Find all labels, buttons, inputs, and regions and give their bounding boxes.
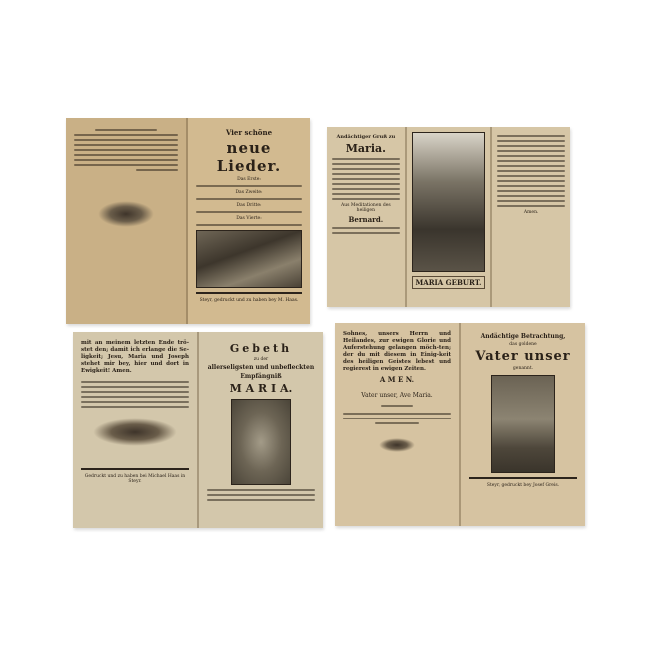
text-line — [207, 494, 315, 496]
text-line — [332, 163, 400, 165]
text-line — [81, 381, 189, 383]
text-line — [74, 164, 178, 166]
text-line — [74, 144, 178, 146]
booklet-left-page — [66, 118, 186, 324]
song-heading: Das Erste: — [196, 177, 302, 182]
booklet-right-page: Gebeth zu der allerseligsten und unbefle… — [199, 332, 323, 528]
text-line — [497, 140, 565, 142]
imprint: Steyr, gedruckt und zu haben bey M. Haas… — [196, 298, 302, 303]
text-line — [81, 396, 189, 398]
text-line — [207, 499, 315, 501]
text-line — [196, 211, 302, 213]
closing-line: Vater unser, Ave Maria. — [343, 392, 451, 399]
text-line — [81, 386, 189, 388]
text-line — [95, 129, 157, 131]
text-line — [497, 195, 565, 197]
title-small: Andächtiger Gruß zu — [332, 134, 400, 140]
title-large: neue Lieder. — [196, 139, 302, 175]
booklet-center-plate: MARIA GEBURT. — [407, 127, 491, 307]
text-line — [81, 406, 189, 408]
song-heading: Das Zweite: — [196, 190, 302, 195]
winged-cherub-ornament-icon — [93, 418, 177, 446]
text-line — [74, 154, 178, 156]
text-line — [497, 180, 565, 182]
divider — [196, 292, 302, 294]
title-small: Vier schöne — [196, 128, 302, 137]
closing: Amen. — [497, 210, 565, 215]
text-line — [136, 169, 178, 171]
immaculate-conception-engraving-image — [231, 399, 291, 485]
booklet-gebeth-maria: mit an meinem letzten Ende trö-stet den;… — [73, 332, 323, 528]
text-line — [497, 185, 565, 187]
title-large: Gebeth — [207, 342, 315, 355]
text-line — [332, 193, 400, 195]
title-line: Empfängniß — [207, 373, 315, 380]
text-line — [332, 158, 400, 160]
title-line: genannt. — [469, 366, 577, 371]
text-line — [332, 178, 400, 180]
song-heading: Das Dritte: — [196, 203, 302, 208]
floral-ornament-icon — [98, 201, 154, 227]
text-line — [196, 224, 302, 226]
divider — [381, 405, 413, 407]
text-line — [81, 401, 189, 403]
prayer-text: mit an meinem letzten Ende trö-stet den;… — [81, 340, 189, 375]
title-small: Andächtige Betrachtung, — [469, 333, 577, 340]
title-line: das goldene — [469, 342, 577, 347]
text-line — [332, 232, 400, 234]
text-line — [74, 149, 178, 151]
text-line — [74, 134, 178, 136]
booklet-left-page: Andächtiger Gruß zu Maria. Aus Meditatio… — [327, 127, 405, 307]
text-line — [332, 183, 400, 185]
text-line — [375, 422, 418, 424]
plate-caption: MARIA GEBURT. — [412, 276, 486, 289]
booklet-right-page: Amen. — [492, 127, 570, 307]
prayer-text: Sohnes, unsers Herrn und Heilandes, zur … — [343, 331, 451, 373]
text-line — [343, 413, 451, 415]
text-line — [497, 135, 565, 137]
text-line — [207, 489, 315, 491]
text-line — [343, 418, 451, 420]
title-line: allerseligsten und unbefleckten — [207, 364, 315, 371]
divider — [81, 468, 189, 470]
text-line — [497, 165, 565, 167]
nativity-of-mary-engraving-image — [412, 132, 486, 272]
booklet-vater-unser: Sohnes, unsers Herrn und Heilandes, zur … — [335, 323, 585, 526]
text-line — [497, 190, 565, 192]
imprint: Steyr, gedruckt bey Josef Greis. — [469, 483, 577, 488]
text-line — [332, 168, 400, 170]
cloud-ornament-icon — [379, 438, 415, 452]
subheading: Aus Meditationen des heiligen — [332, 203, 400, 213]
imprint: Gedruckt und zu haben bei Michael Haas i… — [81, 474, 189, 484]
booklet-right-page: Andächtige Betrachtung, das goldene Vate… — [461, 323, 585, 526]
text-line — [497, 155, 565, 157]
title-name: M A R I A. — [207, 382, 315, 395]
text-line — [497, 145, 565, 147]
booklet-left-page: mit an meinem letzten Ende trö-stet den;… — [73, 332, 197, 528]
text-line — [74, 139, 178, 141]
subheading-name: Bernard. — [332, 215, 400, 224]
booklet-right-page: Vier schöne neue Lieder. Das Erste: Das … — [188, 118, 310, 324]
text-line — [74, 159, 178, 161]
text-line — [332, 198, 400, 200]
text-line — [196, 198, 302, 200]
amen: A M E N. — [343, 375, 451, 384]
text-line — [497, 205, 565, 207]
text-line — [196, 185, 302, 187]
text-line — [497, 160, 565, 162]
text-line — [332, 188, 400, 190]
christ-in-tomb-engraving-image — [491, 375, 555, 473]
title-large: Maria. — [332, 142, 400, 155]
text-line — [81, 391, 189, 393]
title-line: zu der — [207, 357, 315, 362]
text-line — [497, 200, 565, 202]
text-line — [332, 173, 400, 175]
title-large: Vater unser — [469, 349, 577, 364]
text-line — [497, 170, 565, 172]
song-heading: Das Vierte: — [196, 216, 302, 221]
text-line — [497, 175, 565, 177]
text-line — [497, 150, 565, 152]
text-line — [332, 227, 400, 229]
booklet-vier-schoene-neue-lieder: Vier schöne neue Lieder. Das Erste: Das … — [66, 118, 310, 324]
booklet-maria-geburt: Andächtiger Gruß zu Maria. Aus Meditatio… — [327, 127, 570, 307]
divider — [469, 477, 577, 479]
woodcut-tree-landscape-image — [196, 230, 302, 288]
booklet-left-page: Sohnes, unsers Herrn und Heilandes, zur … — [335, 323, 459, 526]
